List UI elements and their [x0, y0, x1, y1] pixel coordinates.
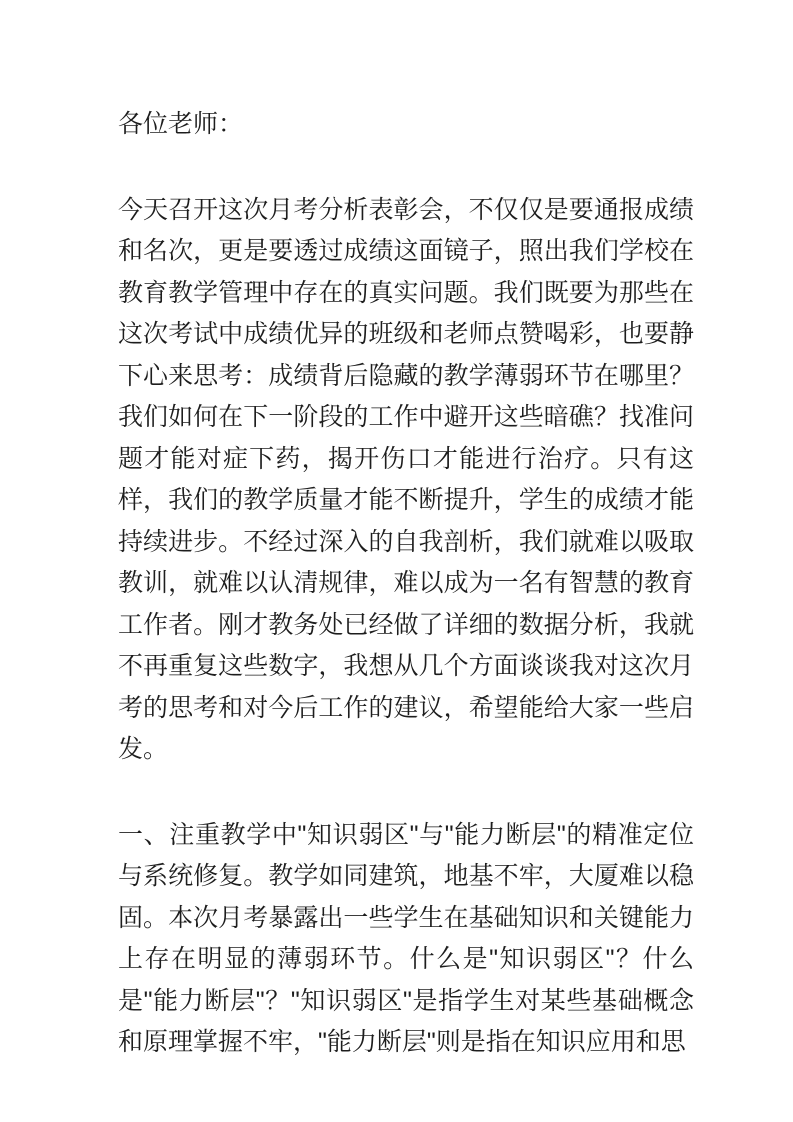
section-1-paragraph: 一、注重教学中"知识弱区"与"能力断层"的精准定位与系统修复。教学如同建筑，地基…	[118, 815, 694, 1064]
document-page: 各位老师： 今天召开这次月考分析表彰会，不仅仅是要通报成绩和名次，更是要透过成绩…	[0, 0, 793, 1122]
intro-paragraph: 今天召开这次月考分析表彰会，不仅仅是要通报成绩和名次，更是要透过成绩这面镜子，照…	[118, 190, 694, 771]
salutation-paragraph: 各位老师：	[118, 104, 694, 146]
